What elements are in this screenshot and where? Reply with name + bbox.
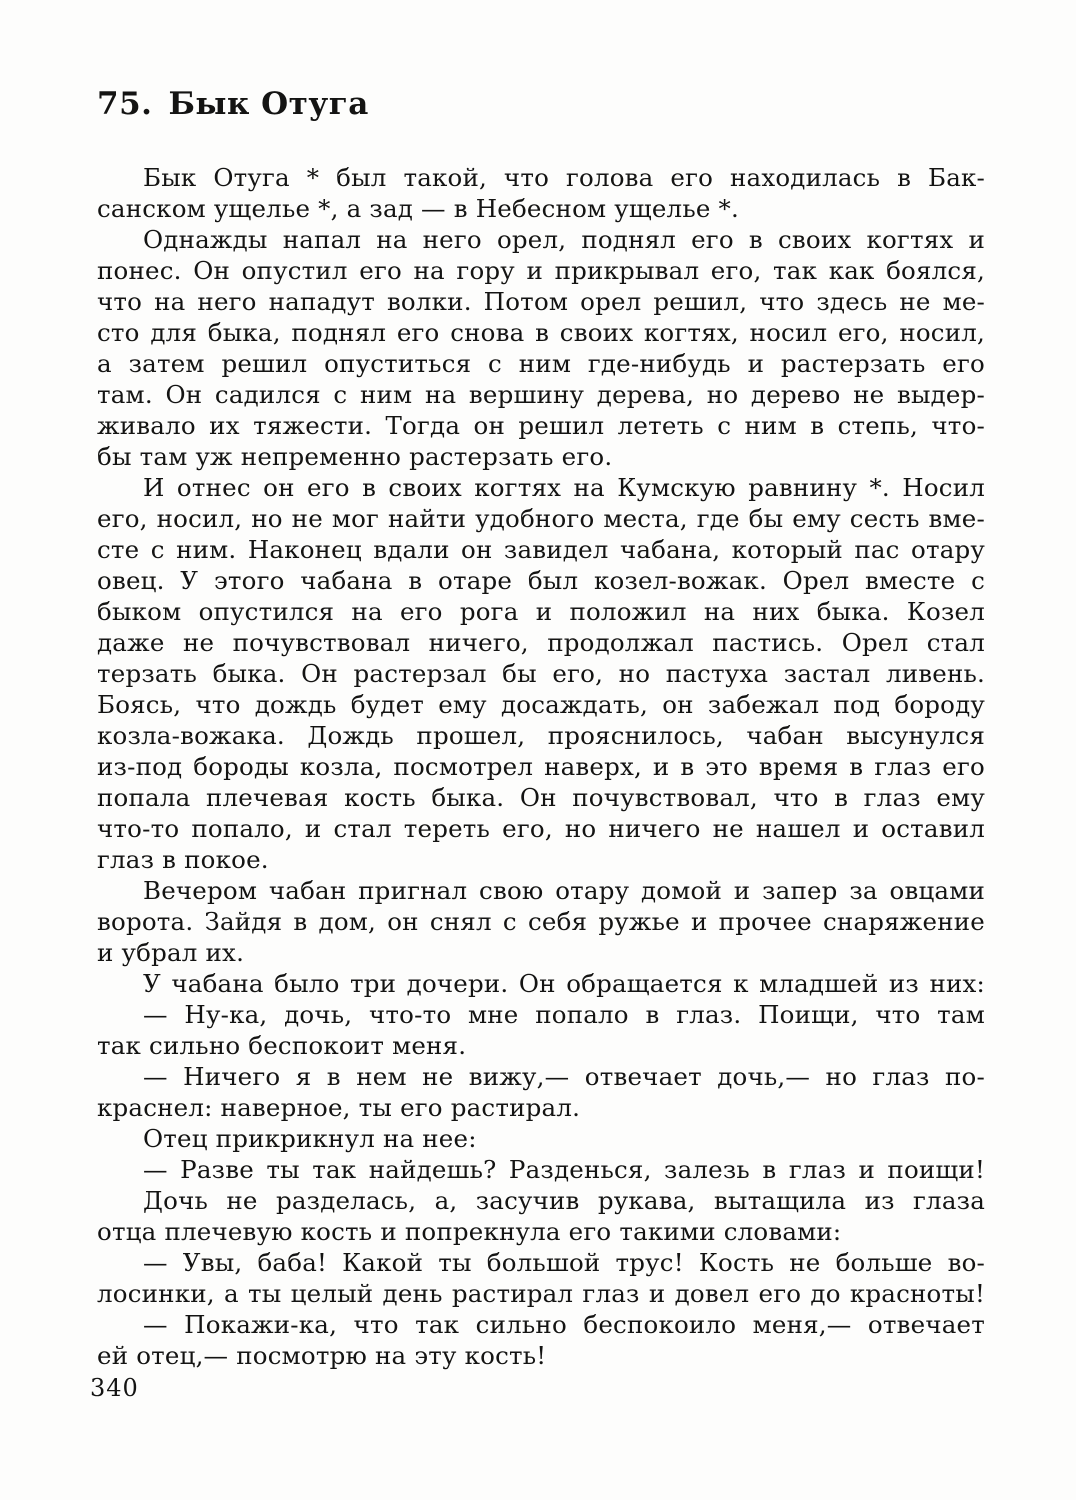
text-line: попала плечевая кость быка. Он почувство… <box>97 782 985 813</box>
text-line: быком опустился на его рога и положил на… <box>97 596 985 627</box>
text-line: краснел: наверное, ты его растирал. <box>97 1092 985 1123</box>
paragraph: Однажды напал на него орел, поднял его в… <box>97 224 985 472</box>
text-line: и убрал их. <box>97 937 985 968</box>
text-line: лосинки, а ты целый день растирал глаз и… <box>97 1278 985 1309</box>
story-title-text: Бык Отуга <box>168 86 368 122</box>
text-line: овец. У этого чабана в отаре был козел-в… <box>97 565 985 596</box>
paragraph: — Ну-ка, дочь, что-то мне попало в глаз.… <box>97 999 985 1061</box>
text-line: понес. Он опустил его на гору и прикрыва… <box>97 255 985 286</box>
text-line: У чабана было три дочери. Он обращается … <box>97 968 985 999</box>
text-line: отца плечевую кость и попрекнула его так… <box>97 1216 985 1247</box>
text-line: что на него нападут волки. Потом орел ре… <box>97 286 985 317</box>
text-line: — Ничего я в нем не вижу,— отвечает дочь… <box>97 1061 985 1092</box>
text-line: — Ну-ка, дочь, что-то мне попало в глаз.… <box>97 999 985 1030</box>
text-line: а затем решил опуститься с ним где-нибуд… <box>97 348 985 379</box>
story-title: 75.Бык Отуга <box>97 86 985 122</box>
text-line: живало их тяжести. Тогда он решил лететь… <box>97 410 985 441</box>
paragraph: И отнес он его в своих когтях на Кумскую… <box>97 472 985 875</box>
text-line: ворота. Зайдя в дом, он снял с себя ружь… <box>97 906 985 937</box>
text-line: Бык Отуга * был такой, что голова его на… <box>97 162 985 193</box>
text-line: ей отец,— посмотрю на эту кость! <box>97 1340 985 1371</box>
text-line: его, носил, но не мог найти удобного мес… <box>97 503 985 534</box>
text-line: даже не почувствовал ничего, продолжал п… <box>97 627 985 658</box>
text-line: сте с ним. Наконец вдали он завидел чаба… <box>97 534 985 565</box>
text-line: санском ущелье *, а зад — в Небесном уще… <box>97 193 985 224</box>
text-line: Боясь, что дождь будет ему досаждать, он… <box>97 689 985 720</box>
text-line: так сильно беспокоит меня. <box>97 1030 985 1061</box>
text-line: сто для быка, поднял его снова в своих к… <box>97 317 985 348</box>
text-line: Дочь не разделась, а, засучив рукава, вы… <box>97 1185 985 1216</box>
paragraph: — Увы, баба! Какой ты большой трус! Кост… <box>97 1247 985 1309</box>
text-line: Вечером чабан пригнал свою отару домой и… <box>97 875 985 906</box>
paragraph: Отец прикрикнул на нее: <box>97 1123 985 1154</box>
paragraph: — Ничего я в нем не вижу,— отвечает дочь… <box>97 1061 985 1123</box>
text-line: глаз в покое. <box>97 844 985 875</box>
text-line: бы там уж непременно растерзать его. <box>97 441 985 472</box>
text-line: что-то попало, и стал тереть его, но нич… <box>97 813 985 844</box>
scanned-book-page: 75.Бык Отуга Бык Отуга * был такой, что … <box>0 0 1076 1500</box>
paragraph: Вечером чабан пригнал свою отару домой и… <box>97 875 985 968</box>
page-number: 340 <box>90 1374 139 1402</box>
text-line: И отнес он его в своих когтях на Кумскую… <box>97 472 985 503</box>
text-line: из-под бороды козла, посмотрел наверх, и… <box>97 751 985 782</box>
paragraph: Дочь не разделась, а, засучив рукава, вы… <box>97 1185 985 1247</box>
story-number: 75. <box>97 86 152 122</box>
paragraph: Бык Отуга * был такой, что голова его на… <box>97 162 985 224</box>
text-line: — Увы, баба! Какой ты большой трус! Кост… <box>97 1247 985 1278</box>
text-column: 75.Бык Отуга Бык Отуга * был такой, что … <box>97 86 985 1371</box>
paragraph: — Разве ты так найдешь? Разденься, залез… <box>97 1154 985 1185</box>
text-line: козла-вожака. Дождь прошел, прояснилось,… <box>97 720 985 751</box>
text-line: — Покажи-ка, что так сильно беспокоило м… <box>97 1309 985 1340</box>
text-line: терзать быка. Он растерзал бы его, но па… <box>97 658 985 689</box>
paragraph: — Покажи-ка, что так сильно беспокоило м… <box>97 1309 985 1371</box>
paragraph: У чабана было три дочери. Он обращается … <box>97 968 985 999</box>
text-block: Бык Отуга * был такой, что голова его на… <box>97 162 985 1371</box>
text-line: Однажды напал на него орел, поднял его в… <box>97 224 985 255</box>
text-line: — Разве ты так найдешь? Разденься, залез… <box>97 1154 985 1185</box>
text-line: Отец прикрикнул на нее: <box>97 1123 985 1154</box>
text-line: там. Он садился с ним на вершину дерева,… <box>97 379 985 410</box>
